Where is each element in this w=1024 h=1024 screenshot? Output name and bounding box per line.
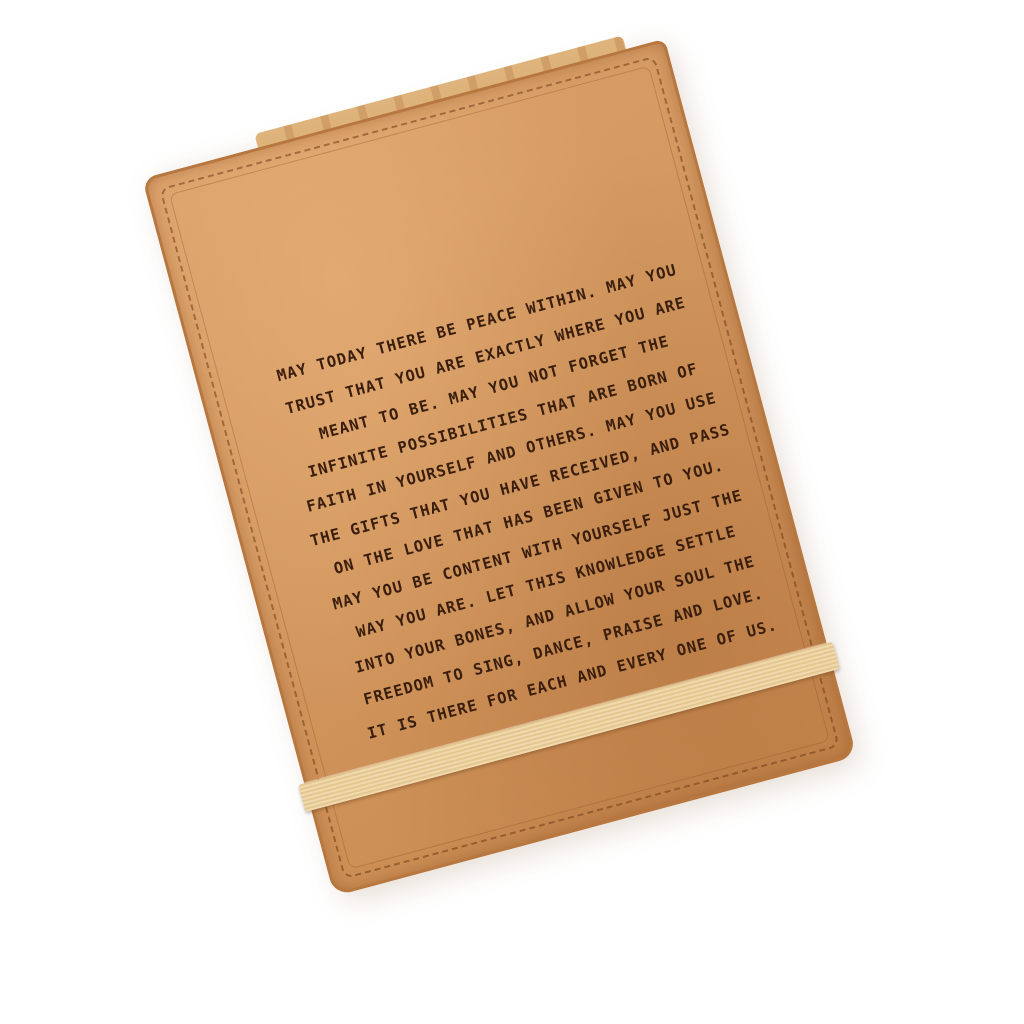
journal-cover: May today there be peace within. May you… [142,39,857,897]
leather-journal: May today there be peace within. May you… [142,39,857,897]
product-photo: May today there be peace within. May you… [0,0,1024,1024]
